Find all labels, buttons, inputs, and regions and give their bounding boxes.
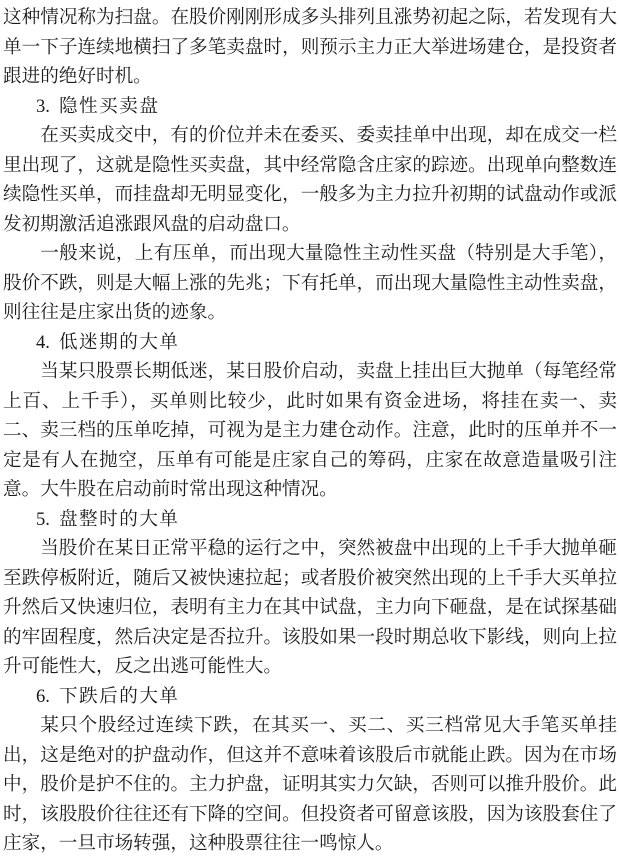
section-title: 下跌后的大单 — [59, 686, 180, 707]
section-number: 5. — [36, 505, 50, 535]
section-number: 3. — [36, 92, 50, 122]
section-number: 6. — [36, 682, 50, 712]
section-heading: 6.下跌后的大单 — [3, 682, 617, 712]
section-title: 低迷期的大单 — [59, 332, 180, 353]
book-page: 这种情况称为扫盘。在股价刚刚形成多头排列且涨势初起之际，若发现有大单一下子连续地… — [0, 0, 619, 858]
section-heading: 4.低迷期的大单 — [3, 328, 617, 358]
section-number: 4. — [36, 328, 50, 358]
section-heading: 5.盘整时的大单 — [3, 505, 617, 535]
section-title: 盘整时的大单 — [59, 509, 180, 530]
paragraph: 这种情况称为扫盘。在股价刚刚形成多头排列且涨势初起之际，若发现有大单一下子连续地… — [3, 3, 617, 92]
section-title: 隐性买卖盘 — [59, 96, 159, 117]
paragraph: 当股价在某日正常平稳的运行之中，突然被盘中出现的上千手大抛单砸至跌停板附近，随后… — [3, 534, 617, 682]
section-heading: 3.隐性买卖盘 — [3, 92, 617, 122]
paragraph: 当某只股票长期低迷，某日股价启动，卖盘上挂出巨大抛单（每笔经常上百、上千手），买… — [3, 357, 617, 505]
paragraph: 在买卖成交中，有的价位并未在委买、委卖挂单中出现，却在成交一栏里出现了，这就是隐… — [3, 121, 617, 239]
paragraph: 某只个股经过连续下跌，在其买一、买二、买三档常见大手笔买单挂出，这是绝对的护盘动… — [3, 711, 617, 858]
paragraph: 一般来说，上有压单，而出现大量隐性主动性买盘（特别是大手笔），股价不跌，则是大幅… — [3, 239, 617, 328]
